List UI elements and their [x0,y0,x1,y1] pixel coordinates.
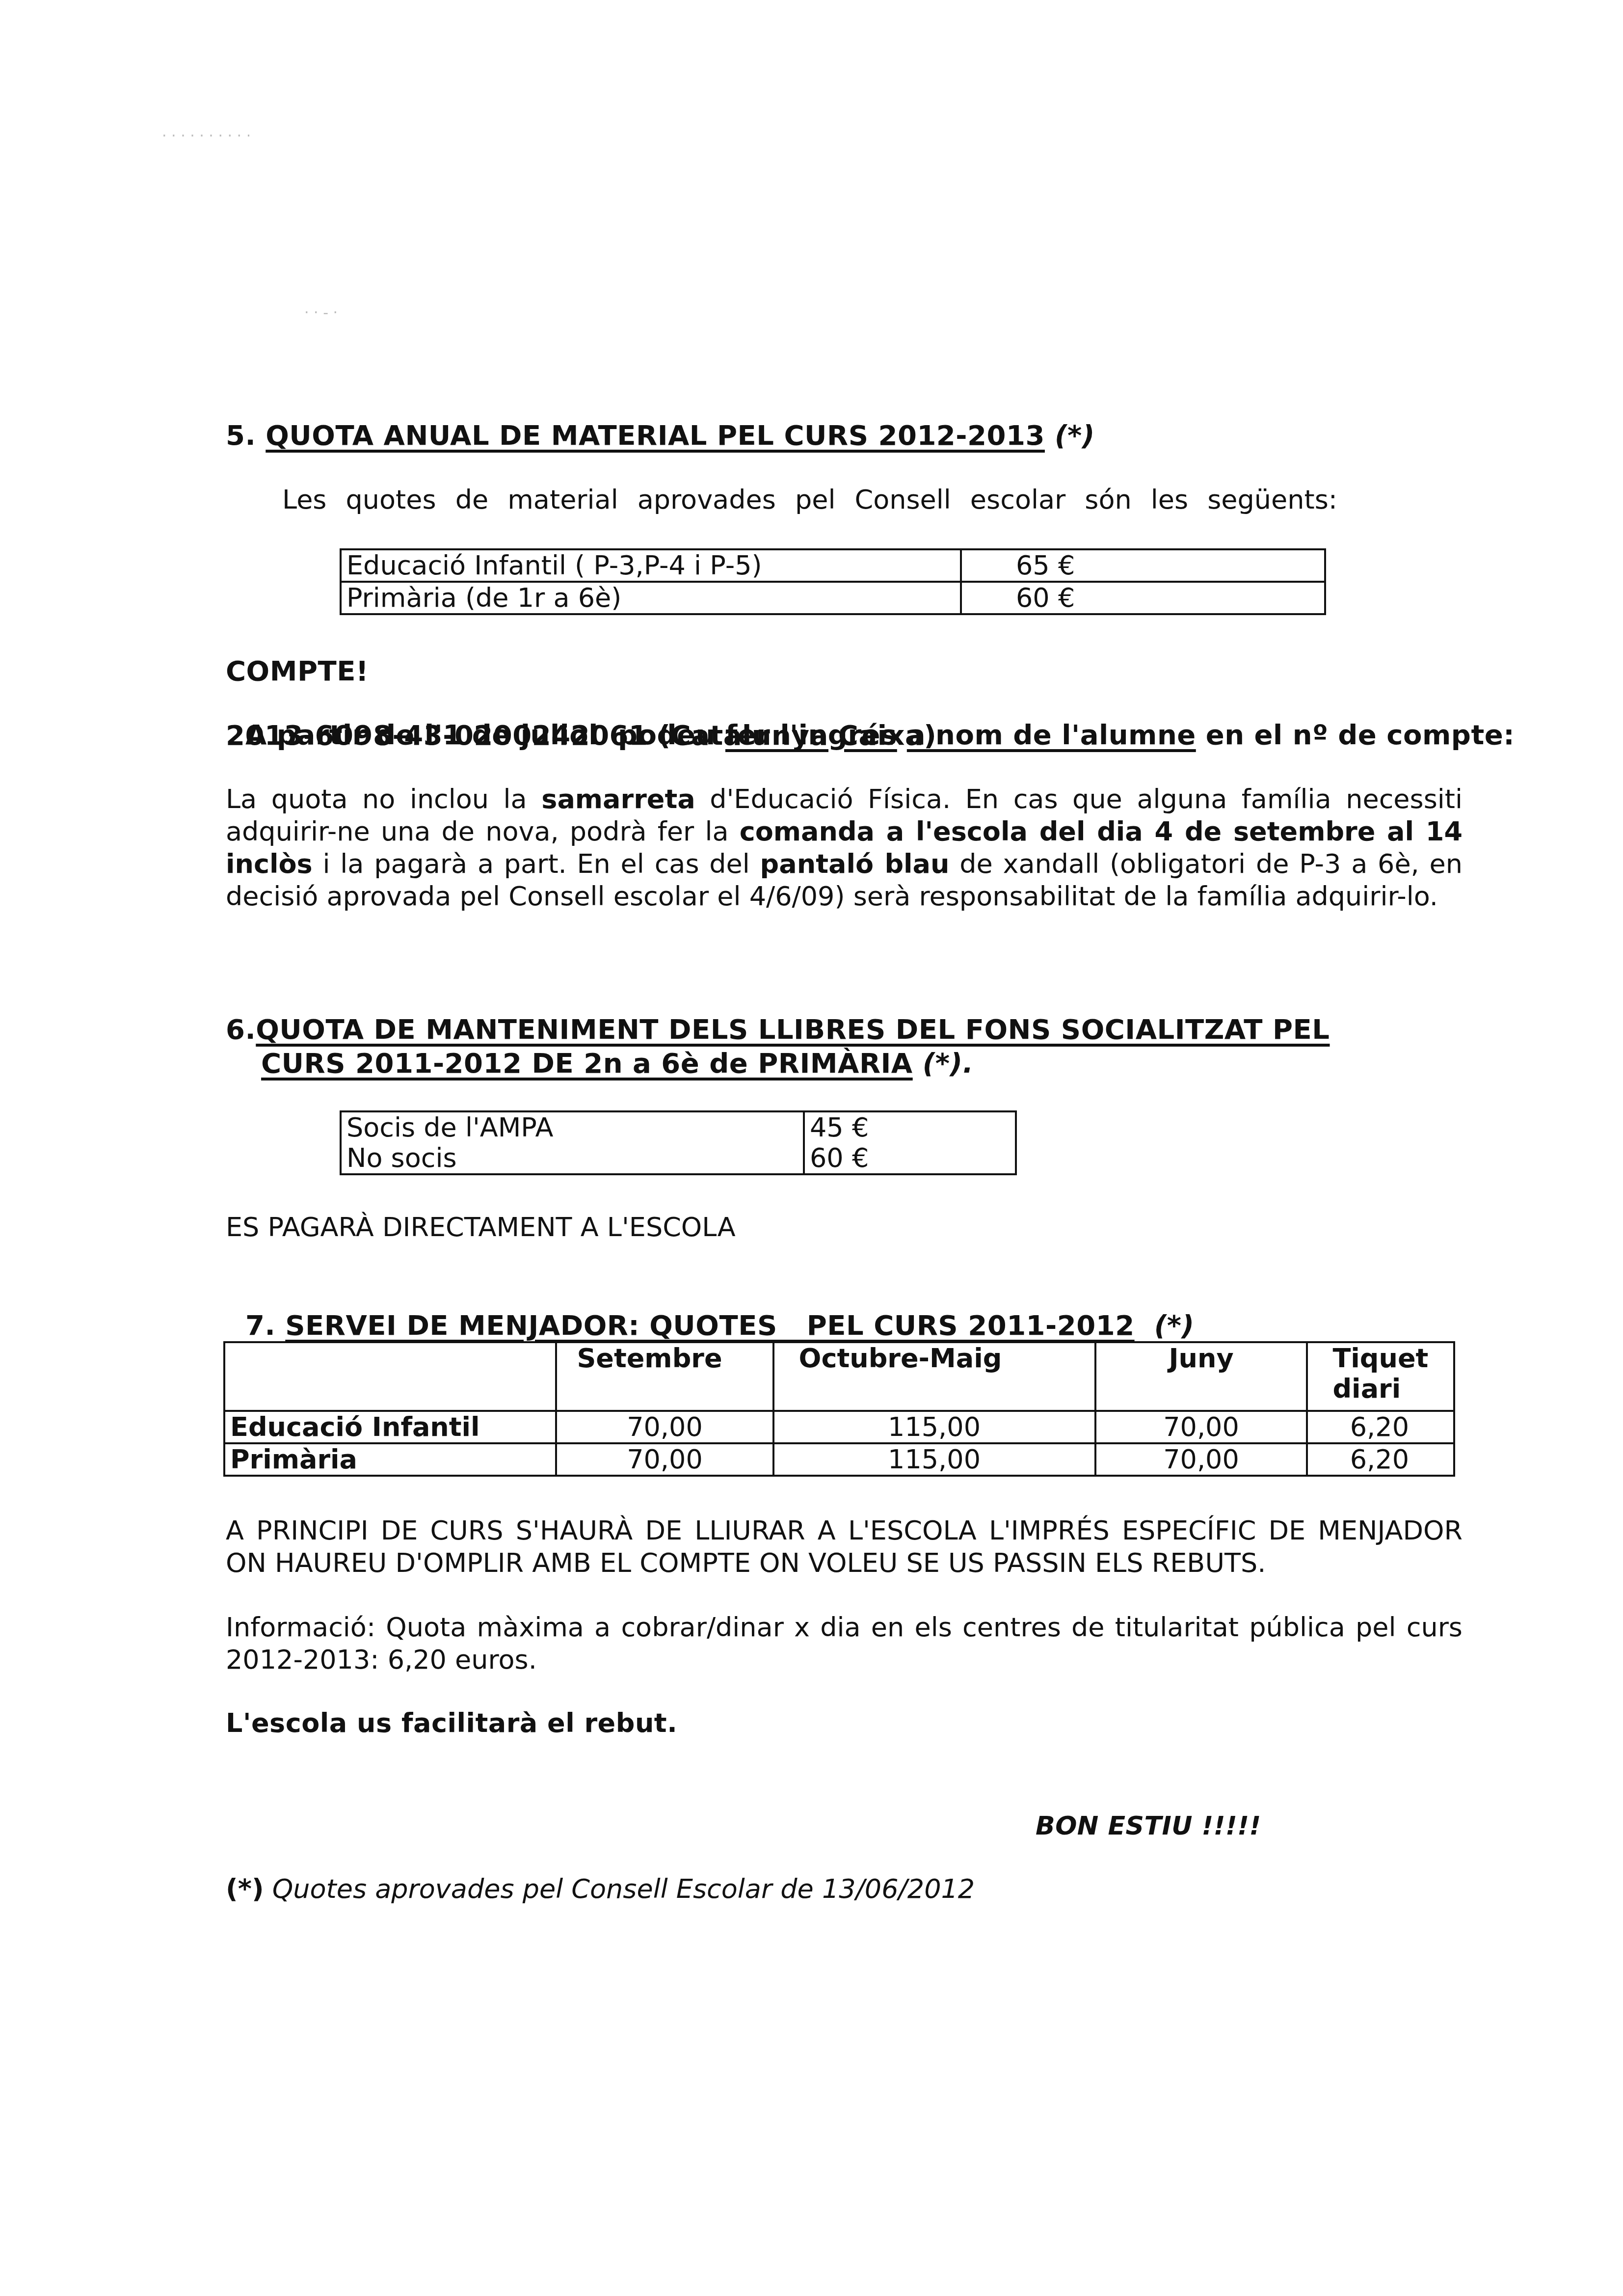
table-row: No socis 60 € [341,1143,1016,1174]
table-row: Primària (de 1r a 6è) 60 € [341,582,1325,614]
notice-heading: COMPTE! [226,655,369,687]
table-row: Educació Infantil ( P-3,P-4 i P-5) 65 € [341,549,1325,582]
dining-fees-table: Setembre Octubre-Maig Juny Tiquet diari … [223,1341,1455,1477]
table-header: Setembre [556,1342,773,1411]
section-title: SERVEI DE MENJADOR: QUOTES PEL CURS 2011… [285,1310,1134,1342]
text: La quota no inclou la [226,783,541,814]
footnote: (*) Quotes aprovades pel Consell Escolar… [226,1873,975,1905]
section5-heading: 5. QUOTA ANUAL DE MATERIAL PEL CURS 2012… [226,420,1095,452]
section-number: 5. [226,420,256,452]
payment-note: ES PAGARÀ DIRECTAMENT A L'ESCOLA [226,1211,736,1243]
table-cell-label: Socis de l'AMPA [341,1111,804,1143]
cell-juny: 70,00 [1095,1411,1307,1443]
section6-heading: 6.QUOTA DE MANTENIMENT DELS LLIBRES DEL … [226,1014,1355,1080]
table-header [224,1342,556,1411]
table-header: Octubre-Maig [773,1342,1095,1411]
footnote-marker: (*) [1154,1310,1195,1342]
cell-octubre-maig: 115,00 [773,1411,1095,1443]
cell-juny: 70,00 [1095,1443,1307,1476]
closing-greeting: BON ESTIU !!!!! [1036,1811,1261,1841]
table-cell-value: 60 € [961,582,1325,614]
table-cell-value: 45 € [804,1111,1016,1143]
footnote-text: Quotes aprovades pel Consell Escolar de … [272,1873,975,1904]
section-number: 7. [245,1310,275,1342]
material-fees-table: Educació Infantil ( P-3,P-4 i P-5) 65 € … [340,548,1326,615]
uniform-paragraph: La quota no inclou la samarreta d'Educac… [226,783,1463,913]
cell-tiquet: 6,20 [1307,1443,1454,1476]
table-cell-label: No socis [341,1143,804,1174]
account-number: 2013-6098-43-0200242061 (Catalunya Caixa… [226,720,936,752]
table-cell-value: 65 € [961,549,1325,582]
table-header: Tiquet diari [1307,1342,1454,1411]
table-cell-label: Primària (de 1r a 6è) [341,582,961,614]
row-label: Educació Infantil [224,1411,556,1443]
section7-heading: 7. SERVEI DE MENJADOR: QUOTES PEL CURS 2… [226,1278,1195,1342]
footnote-marker: (*) [1055,420,1095,452]
receipt-note: L'escola us facilitarà el rebut. [226,1707,677,1738]
section-title: QUOTA DE MANTENIMENT DELS LLIBRES DEL FO… [256,1014,1330,1046]
row-label: Primària [224,1443,556,1476]
bold-text: samarreta [541,783,695,814]
table-row: Primària 70,00 115,00 70,00 6,20 [224,1443,1454,1476]
table-row: Socis de l'AMPA 45 € [341,1111,1016,1143]
section5-intro: Les quotes de material aprovades pel Con… [282,484,1337,516]
table-cell-label: Educació Infantil ( P-3,P-4 i P-5) [341,549,961,582]
table-cell-value: 60 € [804,1143,1016,1174]
table-row: Educació Infantil 70,00 115,00 70,00 6,2… [224,1411,1454,1443]
table-header-row: Setembre Octubre-Maig Juny Tiquet diari [224,1342,1454,1411]
bold-text: pantaló blau [760,848,950,879]
table-header: Juny [1095,1342,1307,1411]
notice-underlined: a nom de l'alumne [907,719,1196,751]
scan-noise: · · - · [304,304,338,322]
books-fees-table: Socis de l'AMPA 45 € No socis 60 € [340,1110,1017,1175]
notice-text: en el nº de compte: [1196,719,1515,751]
cell-tiquet: 6,20 [1307,1411,1454,1443]
dining-instructions: A PRINCIPI DE CURS S'HAURÀ DE LLIURAR A … [226,1514,1463,1579]
dining-info: Informació: Quota màxima a cobrar/dinar … [226,1611,1463,1676]
cell-setembre: 70,00 [556,1443,773,1476]
cell-setembre: 70,00 [556,1411,773,1443]
section-title: QUOTA ANUAL DE MATERIAL PEL CURS 2012-20… [266,420,1045,452]
scan-noise: · · · · · · · · · · [162,128,251,145]
footnote-marker: (*) [226,1873,264,1904]
footnote-marker: (*). [923,1048,974,1080]
section-number: 6. [226,1014,256,1046]
text: i la pagarà a part. En el cas del [313,848,760,879]
section-title: CURS 2011-2012 DE 2n a 6è de PRIMÀRIA [261,1048,913,1080]
cell-octubre-maig: 115,00 [773,1443,1095,1476]
